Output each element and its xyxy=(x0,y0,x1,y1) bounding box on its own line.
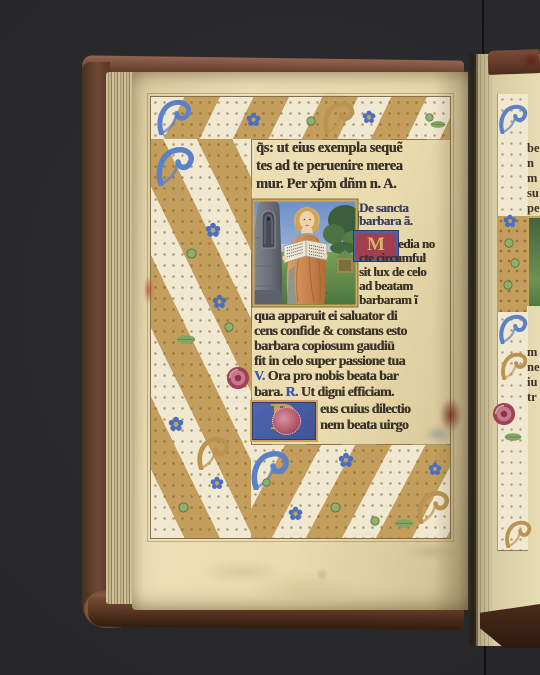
rose-flower-motif xyxy=(493,403,515,425)
right-cover-top-edge xyxy=(488,49,540,75)
saint-barbara-miniature xyxy=(251,198,359,308)
manuscript-text-line: barbara copiosum gaudiū xyxy=(254,339,394,355)
decorated-initial-d: D xyxy=(250,400,318,442)
manuscript-text-line: q̃s: ut eius exempla sequẽ xyxy=(256,140,402,157)
text-fragment: m xyxy=(527,345,540,360)
blue-pigment-smudge xyxy=(424,426,452,442)
text-fragment: ne xyxy=(527,360,540,375)
versicle-text: Ora pro nobis beata bar xyxy=(268,369,399,384)
manuscript-text-line: fit in celo super passione tua xyxy=(254,354,405,370)
manuscript-text-line: tes ad te peruenire merea xyxy=(256,158,403,175)
manuscript-text-line: cens confide & constans esto xyxy=(254,324,407,340)
text-fragment: be xyxy=(527,141,540,156)
manuscript-text-line: qua apparuit ei saluator di xyxy=(254,309,397,325)
manuscript-text-line: nem beata uirgo xyxy=(320,418,408,434)
bookmark-thread xyxy=(484,646,486,675)
manuscript-text-line: barbaram ĩ xyxy=(359,292,417,308)
versicle-mark: V. xyxy=(254,369,265,384)
text-fragment: m xyxy=(527,171,540,186)
rose-flower-motif xyxy=(227,367,249,389)
manuscript-text-line: eus cuius dilectio xyxy=(320,402,410,418)
text-fragment: pe xyxy=(527,201,540,216)
text-fragment: iu xyxy=(527,375,540,390)
text-fragment: n xyxy=(527,156,540,171)
red-pigment-smudge xyxy=(144,276,153,304)
manuscript-text-line: mur. Per xp̃m dñm n. A. xyxy=(256,176,396,193)
text-fragment: su xyxy=(527,186,540,201)
text-fragment: tr xyxy=(527,390,540,405)
manuscript-photo-backdrop: q̃s: ut eius exempla sequẽ tes ad te per… xyxy=(0,0,540,675)
page-edges-stack xyxy=(106,72,135,604)
rubric-line: barbara ã. xyxy=(359,213,413,229)
bookmark-thread xyxy=(482,0,484,58)
right-page-miniature-sliver xyxy=(527,216,540,306)
gutter-crease-shadow xyxy=(468,54,478,646)
initial-counter-ornament xyxy=(272,407,301,435)
versicle-line: V.Ora pro nobis beata bar xyxy=(254,369,398,385)
